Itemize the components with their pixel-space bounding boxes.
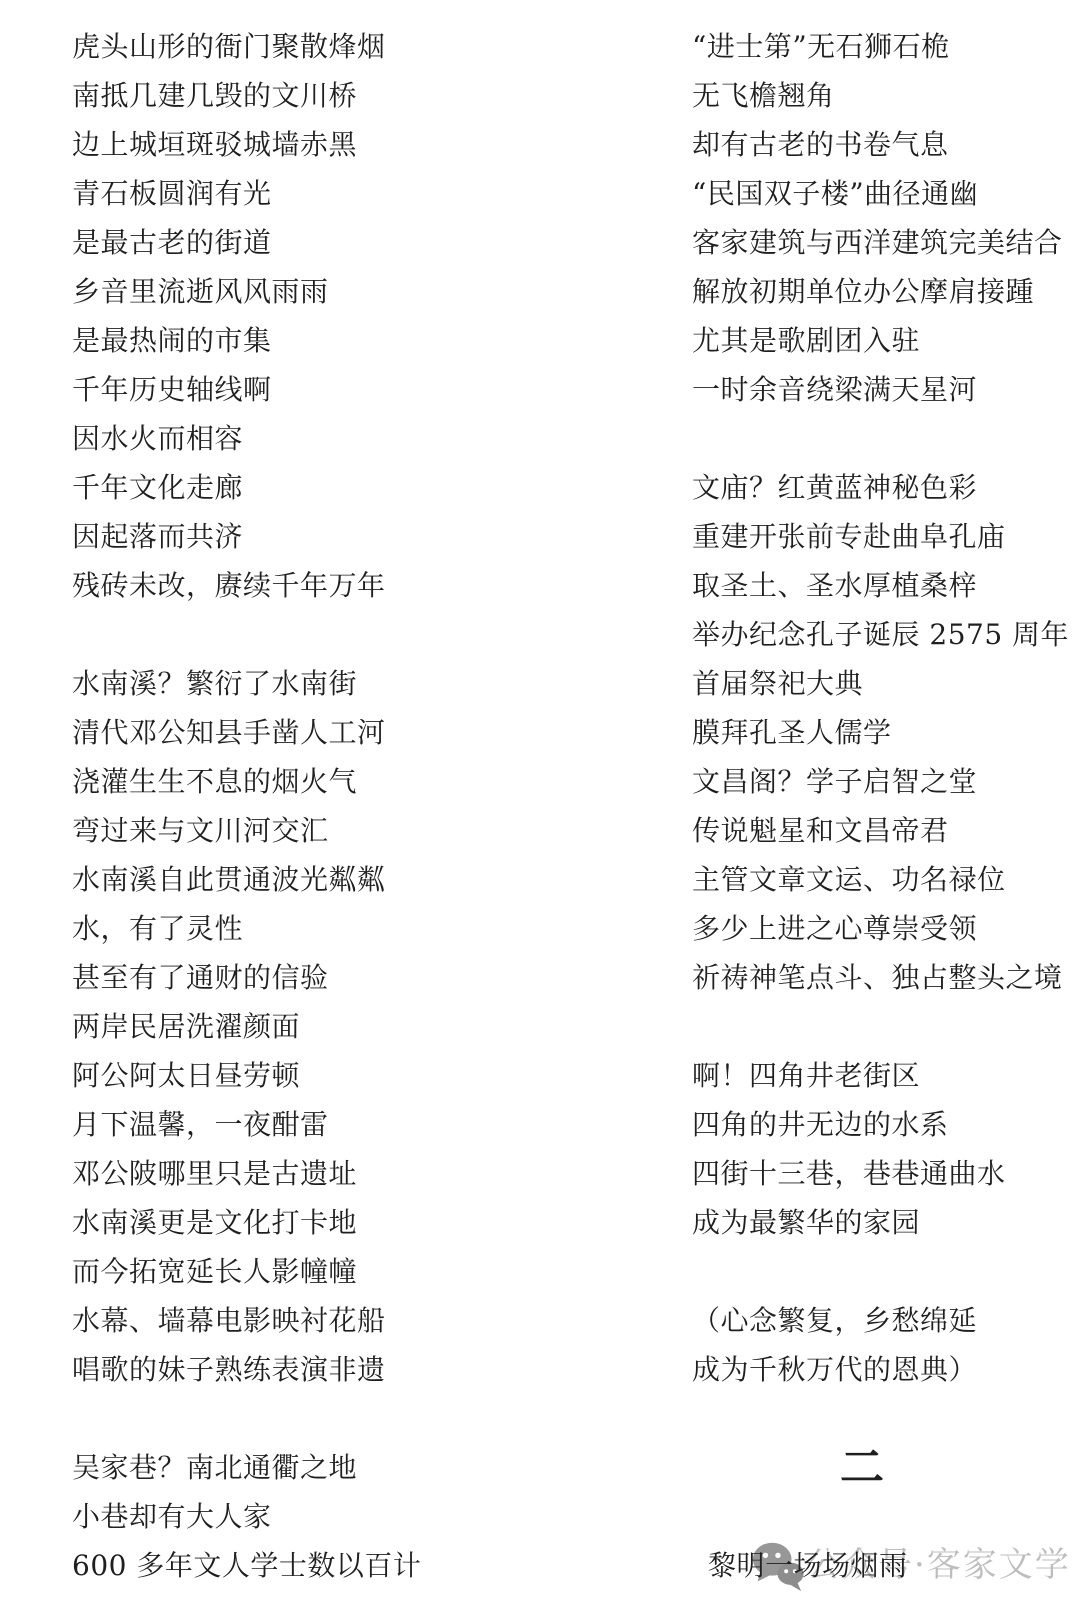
poem-line: “民国双子楼”曲径通幽 [692, 169, 1064, 218]
poem-line: 600 多年文人学士数以百计 [72, 1541, 632, 1590]
poem-line: 四街十三巷，巷巷通曲水 [692, 1149, 1064, 1198]
stanza-gap [692, 1002, 1064, 1051]
poem-line: 水幕、墙幕电影映衬花船 [72, 1296, 632, 1345]
poem-line: “进士第”无石狮石桅 [692, 22, 1064, 71]
poem-line: 月下温馨，一夜酣雷 [72, 1100, 632, 1149]
stanza-gap [692, 414, 1064, 463]
poem-line: 阿公阿太日昼劳顿 [72, 1051, 632, 1100]
poem-line: 千年历史轴线啊 [72, 365, 632, 414]
poem-column-left: 虎头山形的衙门聚散烽烟 南抵几建几毁的文川桥 边上城垣斑驳城墙赤黑 青石板圆润有… [72, 22, 632, 1590]
poem-line: 却有古老的书卷气息 [692, 120, 1064, 169]
poem-line: 而今拓宽延长人影幢幢 [72, 1247, 632, 1296]
poem-line: 水南溪？繁衍了水南街 [72, 659, 632, 708]
poem-line: 青石板圆润有光 [72, 169, 632, 218]
poem-line: 边上城垣斑驳城墙赤黑 [72, 120, 632, 169]
poem-line: 是最热闹的市集 [72, 316, 632, 365]
poem-line: 水南溪更是文化打卡地 [72, 1198, 632, 1247]
stanza-gap [692, 1247, 1064, 1296]
poem-line: 举办纪念孔子诞辰 2575 周年 [692, 610, 1064, 659]
poem-line: 因起落而共济 [72, 512, 632, 561]
poem-line: 水，有了灵性 [72, 904, 632, 953]
poem-line: 乡音里流逝风风雨雨 [72, 267, 632, 316]
poem-line: 重建开张前专赴曲阜孔庙 [692, 512, 1064, 561]
poem-line: 客家建筑与西洋建筑完美结合 [692, 218, 1064, 267]
stanza-gap [692, 1394, 1064, 1443]
poem-line: 四角的井无边的水系 [692, 1100, 1064, 1149]
poem-line: 虎头山形的衙门聚散烽烟 [72, 22, 632, 71]
poem-line: 无飞檐翘角 [692, 71, 1064, 120]
stanza-gap [72, 610, 632, 659]
closing-poem-line: 黎明一场场烟雨 [708, 1549, 908, 1582]
poem-line: 传说魁星和文昌帝君 [692, 806, 1064, 855]
poem-line: 小巷却有大人家 [72, 1492, 632, 1541]
poem-line: 南抵几建几毁的文川桥 [72, 71, 632, 120]
poem-line: 膜拜孔圣人儒学 [692, 708, 1064, 757]
poem-line: 取圣土、圣水厚植桑梓 [692, 561, 1064, 610]
poem-line: 成为千秋万代的恩典） [692, 1345, 1064, 1394]
poem-line: 千年文化走廊 [72, 463, 632, 512]
poem-column-right: “进士第”无石狮石桅 无飞檐翘角 却有古老的书卷气息 “民国双子楼”曲径通幽 客… [692, 22, 1064, 1590]
poem-line: 多少上进之心尊崇受领 [692, 904, 1064, 953]
poem-line: 祈祷神笔点斗、独占整头之境 [692, 953, 1064, 1002]
poem-line: 弯过来与文川河交汇 [72, 806, 632, 855]
poem-line: 首届祭祀大典 [692, 659, 1064, 708]
poem-line: 水南溪自此贯通波光粼粼 [72, 855, 632, 904]
poem-line: 浇灌生生不息的烟火气 [72, 757, 632, 806]
poem-line: （心念繁复，乡愁绵延 [692, 1296, 1064, 1345]
poem-line: 因水火而相容 [72, 414, 632, 463]
page: 虎头山形的衙门聚散烽烟 南抵几建几毁的文川桥 边上城垣斑驳城墙赤黑 青石板圆润有… [0, 0, 1080, 1611]
poem-line: 成为最繁华的家园 [692, 1198, 1064, 1247]
closing-row: 公众号·客家文学 黎明一场场烟雨 [692, 1541, 1064, 1590]
poem-line: 甚至有了通财的信验 [72, 953, 632, 1002]
poem-line: 解放初期单位办公摩肩接踵 [692, 267, 1064, 316]
stanza-gap [72, 1394, 632, 1443]
poem-line: 邓公陂哪里只是古遗址 [72, 1149, 632, 1198]
poem-line: 唱歌的妹子熟练表演非遗 [72, 1345, 632, 1394]
poem-line: 两岸民居洗濯颜面 [72, 1002, 632, 1051]
stanza-gap [692, 1492, 1064, 1541]
poem-line: 文庙？红黄蓝神秘色彩 [692, 463, 1064, 512]
section-number: 二 [692, 1443, 1032, 1492]
poem-line: 是最古老的街道 [72, 218, 632, 267]
poem-line: 啊！四角井老街区 [692, 1051, 1064, 1100]
poem-line: 文昌阁？学子启智之堂 [692, 757, 1064, 806]
poem-line: 主管文章文运、功名禄位 [692, 855, 1064, 904]
poem-line: 残砖未改，赓续千年万年 [72, 561, 632, 610]
poem-line: 清代邓公知县手凿人工河 [72, 708, 632, 757]
poem-line: 吴家巷？南北通衢之地 [72, 1443, 632, 1492]
poem-line: 尤其是歌剧团入驻 [692, 316, 1064, 365]
poem-line: 一时余音绕梁满天星河 [692, 365, 1064, 414]
